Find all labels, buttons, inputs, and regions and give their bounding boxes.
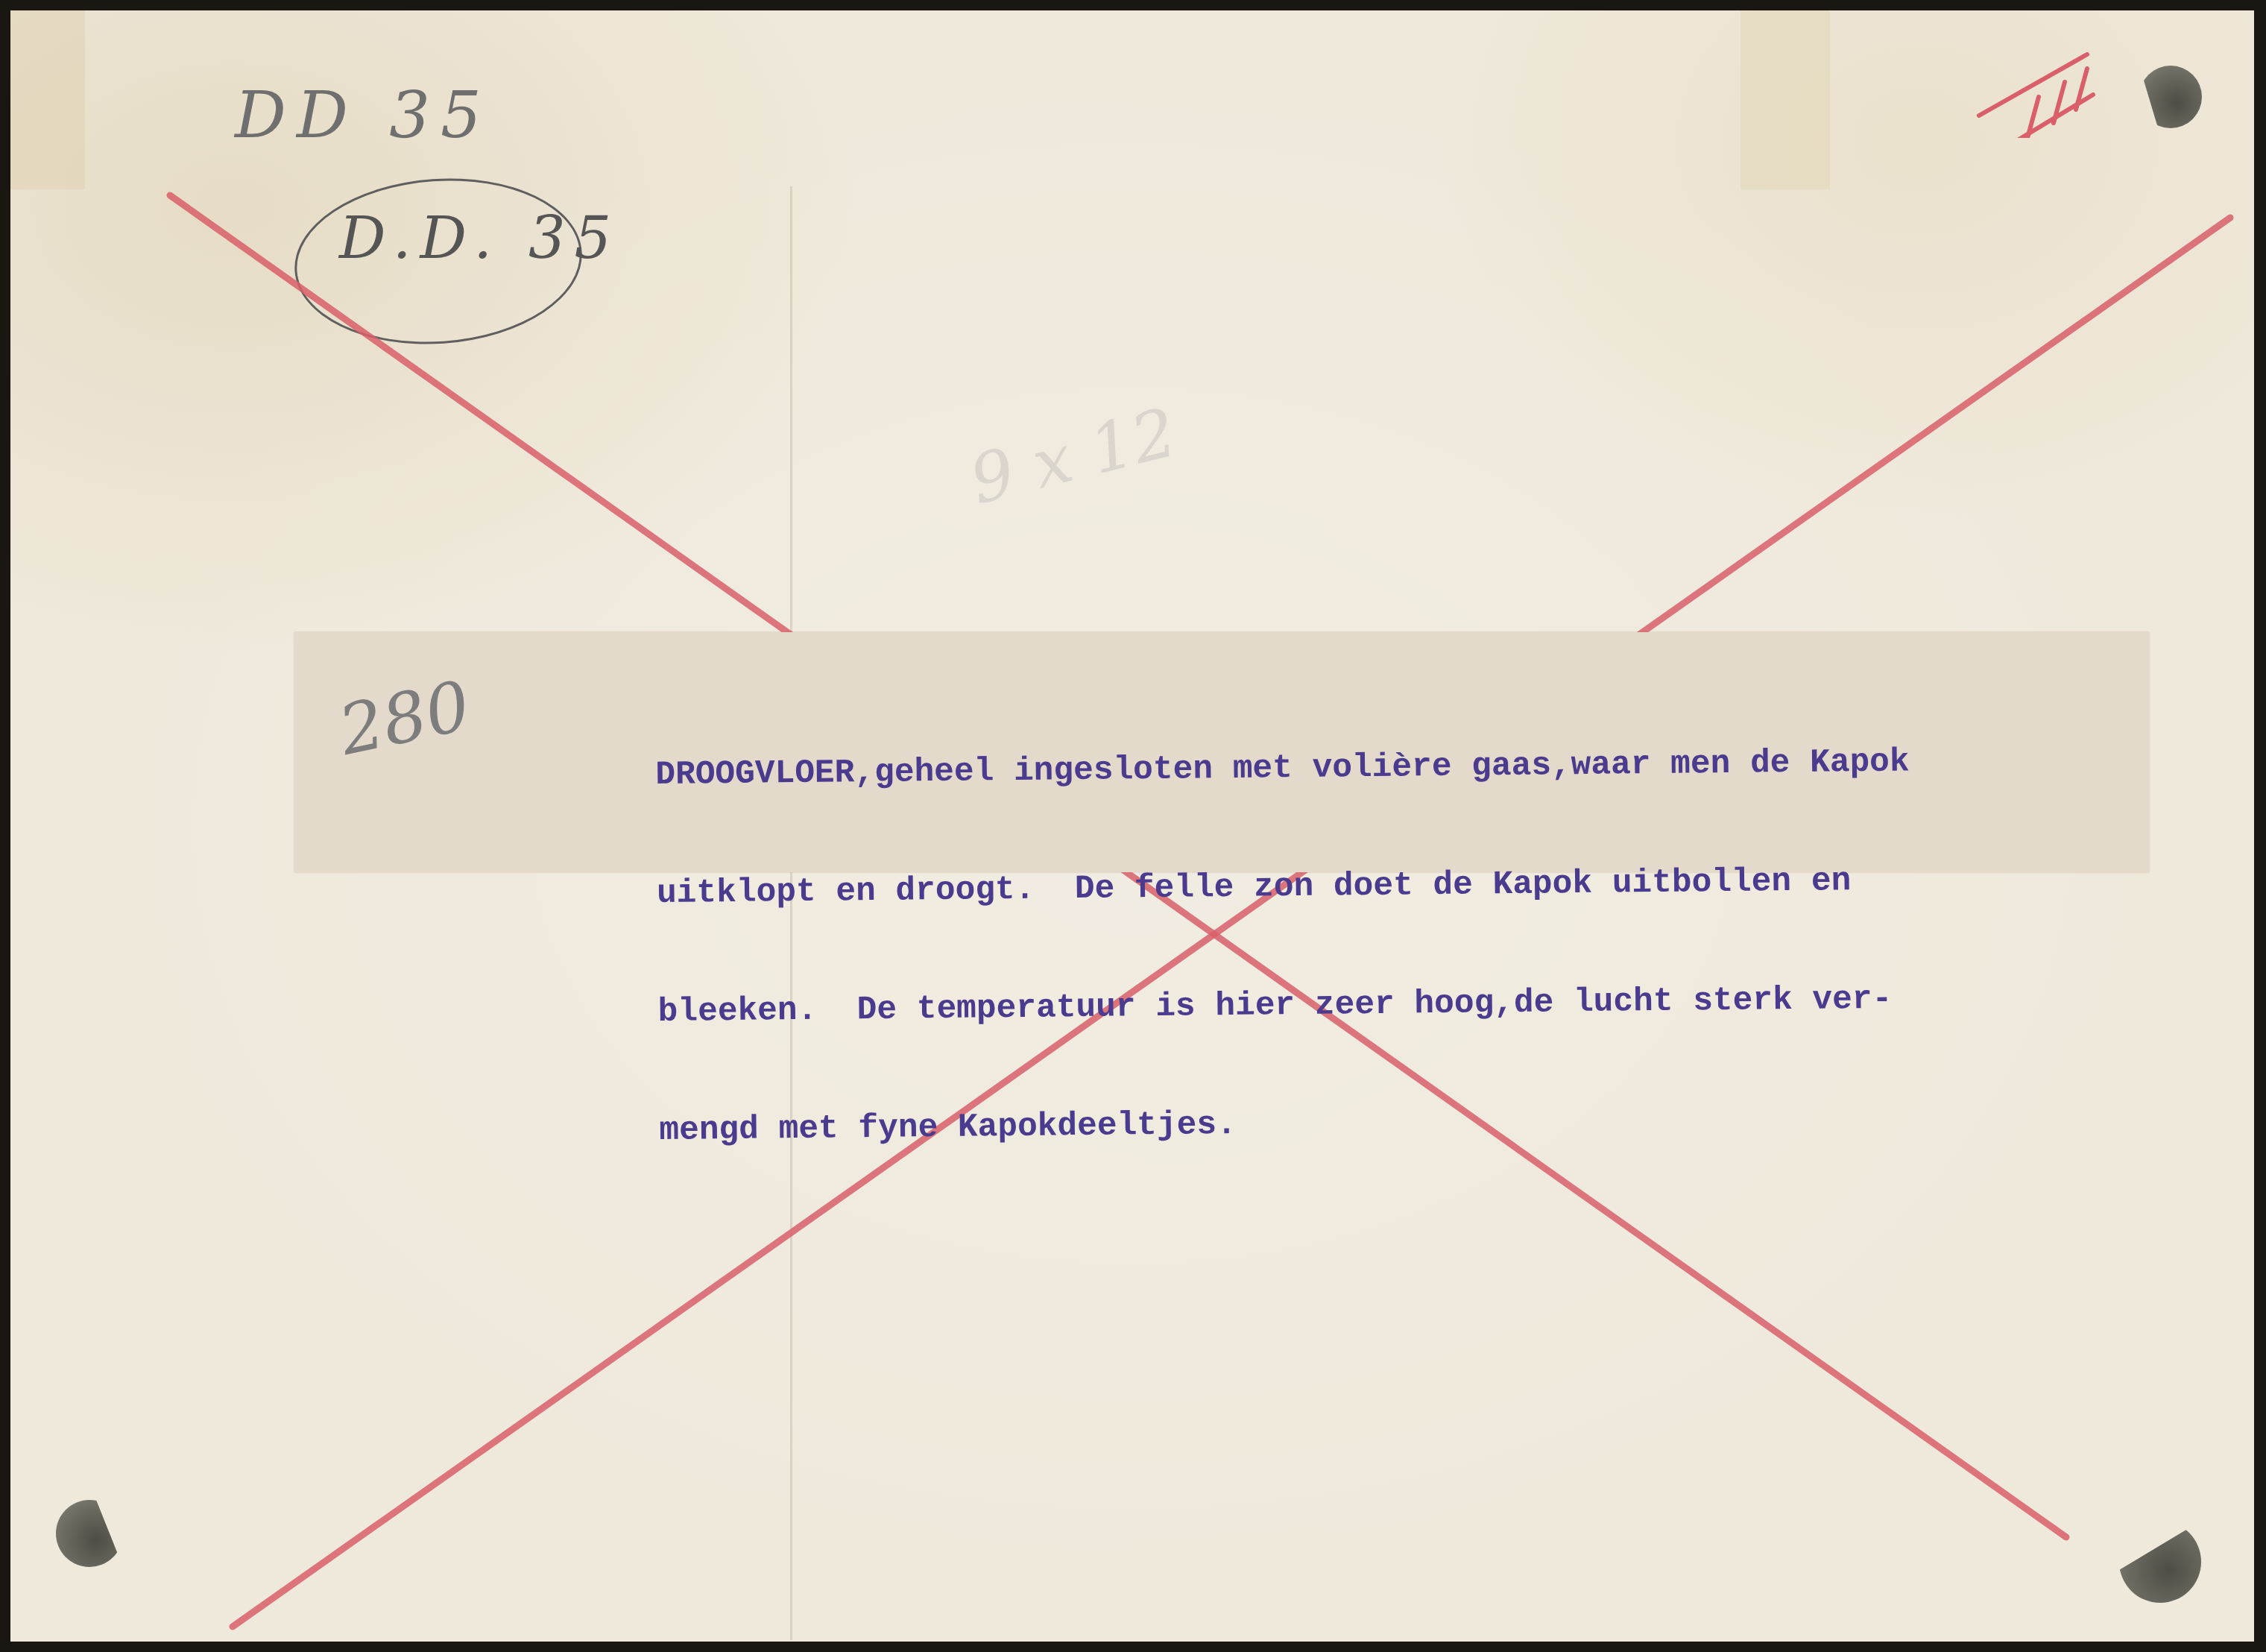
roman-numeral-three-icon: [1975, 26, 2098, 138]
caption-line: DROOGVLOER,geheel ingesloten met volière…: [655, 740, 2139, 795]
typewritten-caption: DROOGVLOER,geheel ingesloten met volière…: [654, 661, 2143, 1191]
caption-line: bleeken. De temperatuur is hier zeer hoo…: [657, 977, 2141, 1032]
caption-line: mengd met fyne Kapokdeeltjes.: [659, 1096, 2142, 1151]
caption-line: uitklopt en droogt. De felle zon doet de…: [657, 859, 2140, 914]
